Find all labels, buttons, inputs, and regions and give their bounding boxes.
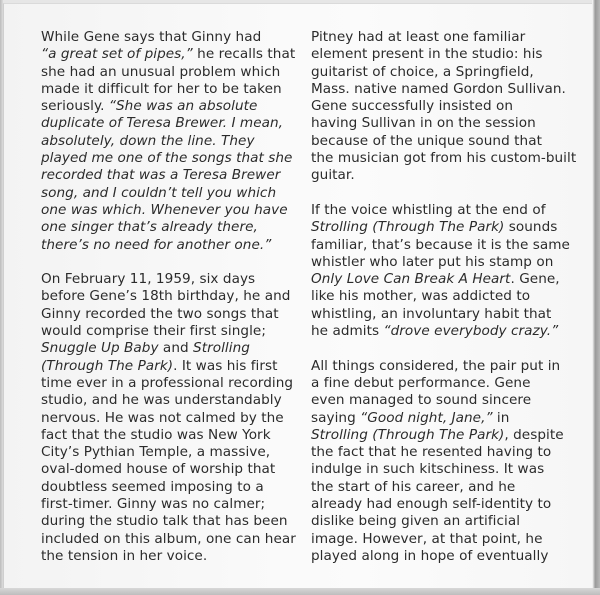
text-line: having Sullivan in on the session [311, 115, 576, 132]
text-line: guitarist of choice, a Springfield, [311, 64, 576, 81]
text-run: he admits [311, 323, 384, 339]
text-run: . It was his first [173, 358, 277, 374]
text-line: duplicate of Teresa Brewer. I mean, [41, 115, 301, 132]
text-line: element present in the studio: his [311, 46, 576, 63]
text-line: she had an unusual problem which [41, 64, 301, 81]
text-run: seriously. [41, 98, 109, 114]
italic-text-run: recorded that was a Teresa Brewer [41, 167, 280, 183]
paragraph: If the voice whistling at the end ofStro… [311, 202, 576, 340]
text-line: nervous. He was not calmed by the [41, 410, 301, 427]
text-line: Ginny recorded the two songs that [41, 306, 301, 323]
text-line: recorded that was a Teresa Brewer [41, 167, 301, 184]
italic-text-run: duplicate of Teresa Brewer. I mean, [41, 115, 283, 131]
text-run: Ginny recorded the two songs that [41, 306, 279, 322]
text-run: played along in hope of eventually [311, 548, 548, 564]
text-run: If the voice whistling at the end of [311, 202, 546, 218]
text-line: studio, and he was understandably [41, 392, 301, 409]
text-line: If the voice whistling at the end of [311, 202, 576, 219]
text-line: the start of his career, and he [311, 479, 576, 496]
text-line: Strolling (Through The Park), despite [311, 427, 576, 444]
left-text-column: While Gene says that Ginny had“a great s… [41, 29, 301, 583]
text-run: familiar, that’s because it is the same [311, 237, 570, 253]
text-run: City’s Pythian Temple, a massive, [41, 444, 270, 460]
text-run: included on this album, one can hear [41, 531, 296, 547]
paragraph: All things considered, the pair put ina … [311, 358, 576, 566]
text-line: song, and I couldn’t tell you which [41, 185, 301, 202]
booklet-page: While Gene says that Ginny had“a great s… [3, 3, 594, 588]
paragraph: Pitney had at least one familiarelement … [311, 29, 576, 185]
text-line: All things considered, the pair put in [311, 358, 576, 375]
italic-text-run: (Through The Park) [41, 358, 173, 374]
text-run: he recalls that [193, 46, 295, 62]
italic-text-run: song, and I couldn’t tell you which [41, 185, 276, 201]
italic-text-run: “a great set of pipes,” [41, 46, 193, 62]
text-line: because of the unique sound that [311, 133, 576, 150]
text-line: during the studio talk that has been [41, 513, 301, 530]
text-run: already had enough self-identity to [311, 496, 551, 512]
text-line: image. However, at that point, he [311, 531, 576, 548]
text-line: Only Love Can Break A Heart. Gene, [311, 271, 576, 288]
italic-text-run: absolutely, down the line. They [41, 133, 255, 149]
text-line: the fact that he resented having to [311, 444, 576, 461]
text-line: Mass. native named Gordon Sullivan. [311, 81, 576, 98]
text-run: nervous. He was not calmed by the [41, 410, 284, 426]
text-line: Gene successfully insisted on [311, 98, 576, 115]
text-line: Strolling (Through The Park) sounds [311, 219, 576, 236]
text-run: the start of his career, and he [311, 479, 515, 495]
text-line: oval-domed house of worship that [41, 461, 301, 478]
text-run: guitar. [311, 167, 355, 183]
text-run: because of the unique sound that [311, 133, 542, 149]
text-line: there’s no need for another one.” [41, 237, 301, 254]
text-run: a fine debut performance. Gene [311, 375, 530, 391]
text-line: already had enough self-identity to [311, 496, 576, 513]
text-line: absolutely, down the line. They [41, 133, 301, 150]
text-run: dislike being given an artificial [311, 513, 520, 529]
text-run: would comprise their first single; [41, 323, 266, 339]
text-line: guitar. [311, 167, 576, 184]
text-line: saying “Good night, Jane,” in [311, 410, 576, 427]
text-line: fact that the studio was New York [41, 427, 301, 444]
paragraph: While Gene says that Ginny had“a great s… [41, 29, 301, 254]
italic-text-run: “She was an absolute [109, 98, 258, 114]
text-run: All things considered, the pair put in [311, 358, 560, 374]
text-run: she had an unusual problem which [41, 64, 280, 80]
text-line: the musician got from his custom-built [311, 150, 576, 167]
text-run: saying [311, 410, 360, 426]
text-run: sounds [504, 219, 557, 235]
paragraph: On February 11, 1959, six daysbefore Gen… [41, 271, 301, 565]
text-run: the fact that he resented having to [311, 444, 551, 460]
text-run: whistling, an involuntary habit that [311, 306, 551, 322]
text-run: before Gene’s 18th birthday, he and [41, 288, 290, 304]
text-run: Mass. native named Gordon Sullivan. [311, 81, 566, 97]
text-run: made it difficult for her to be taken [41, 81, 282, 97]
text-line: one singer that’s already there, [41, 219, 301, 236]
italic-text-run: one singer that’s already there, [41, 219, 258, 235]
text-line: City’s Pythian Temple, a massive, [41, 444, 301, 461]
italic-text-run: Snuggle Up Baby [41, 340, 159, 356]
text-run: and [159, 340, 193, 356]
text-line: whistling, an involuntary habit that [311, 306, 576, 323]
text-line: the tension in her voice. [41, 548, 301, 565]
text-run: Pitney had at least one familiar [311, 29, 525, 45]
text-line: would comprise their first single; [41, 323, 301, 340]
text-run: , despite [504, 427, 563, 443]
text-run: like his mother, was addicted to [311, 288, 530, 304]
text-line: played me one of the songs that she [41, 150, 301, 167]
text-run: the musician got from his custom-built [311, 150, 576, 166]
text-run: whistler who later put his stamp on [311, 254, 553, 270]
text-line: like his mother, was addicted to [311, 288, 576, 305]
text-run: in [493, 410, 510, 426]
text-run: time ever in a professional recording [41, 375, 293, 391]
text-line: dislike being given an artificial [311, 513, 576, 530]
italic-text-run: Only Love Can Break A Heart [311, 271, 510, 287]
text-line: he admits “drove everybody crazy.” [311, 323, 576, 340]
text-line: first-timer. Ginny was no calmer; [41, 496, 301, 513]
text-run: fact that the studio was New York [41, 427, 271, 443]
page-bottom-edge [0, 588, 600, 595]
text-run: indulge in such kitschiness. It was [311, 461, 544, 477]
text-line: On February 11, 1959, six days [41, 271, 301, 288]
text-run: oval-domed house of worship that [41, 461, 275, 477]
right-text-column: Pitney had at least one familiarelement … [311, 29, 576, 583]
text-line: While Gene says that Ginny had [41, 29, 301, 46]
text-run: first-timer. Ginny was no calmer; [41, 496, 265, 512]
text-line: one was which. Whenever you have [41, 202, 301, 219]
italic-text-run: Strolling (Through The Park) [311, 219, 504, 235]
text-line: doubtless seemed imposing to a [41, 479, 301, 496]
page-right-edge-shadow [592, 0, 600, 595]
italic-text-run: played me one of the songs that she [41, 150, 292, 166]
italic-text-run: Strolling (Through The Park) [311, 427, 504, 443]
italic-text-run: there’s no need for another one.” [41, 237, 271, 253]
text-run: the tension in her voice. [41, 548, 207, 564]
text-run: While Gene says that Ginny had [41, 29, 261, 45]
text-run: even managed to sound sincere [311, 392, 531, 408]
text-line: (Through The Park). It was his first [41, 358, 301, 375]
text-line: whistler who later put his stamp on [311, 254, 576, 271]
text-run: having Sullivan in on the session [311, 115, 536, 131]
text-line: familiar, that’s because it is the same [311, 237, 576, 254]
italic-text-run: Strolling [193, 340, 250, 356]
text-run: doubtless seemed imposing to a [41, 479, 264, 495]
text-run: Gene successfully insisted on [311, 98, 513, 114]
text-line: included on this album, one can hear [41, 531, 301, 548]
text-line: seriously. “She was an absolute [41, 98, 301, 115]
text-run: element present in the studio: his [311, 46, 543, 62]
text-run: . Gene, [510, 271, 559, 287]
text-line: indulge in such kitschiness. It was [311, 461, 576, 478]
text-line: time ever in a professional recording [41, 375, 301, 392]
text-line: a fine debut performance. Gene [311, 375, 576, 392]
italic-text-run: “Good night, Jane,” [360, 410, 492, 426]
text-run: image. However, at that point, he [311, 531, 543, 547]
italic-text-run: one was which. Whenever you have [41, 202, 288, 218]
text-run: during the studio talk that has been [41, 513, 288, 529]
text-line: before Gene’s 18th birthday, he and [41, 288, 301, 305]
text-line: made it difficult for her to be taken [41, 81, 301, 98]
text-line: even managed to sound sincere [311, 392, 576, 409]
text-line: Snuggle Up Baby and Strolling [41, 340, 301, 357]
text-run: On February 11, 1959, six days [41, 271, 255, 287]
text-run: guitarist of choice, a Springfield, [311, 64, 534, 80]
text-run: studio, and he was understandably [41, 392, 282, 408]
italic-text-run: “drove everybody crazy.” [384, 323, 559, 339]
text-line: played along in hope of eventually [311, 548, 576, 565]
text-line: Pitney had at least one familiar [311, 29, 576, 46]
text-line: “a great set of pipes,” he recalls that [41, 46, 301, 63]
